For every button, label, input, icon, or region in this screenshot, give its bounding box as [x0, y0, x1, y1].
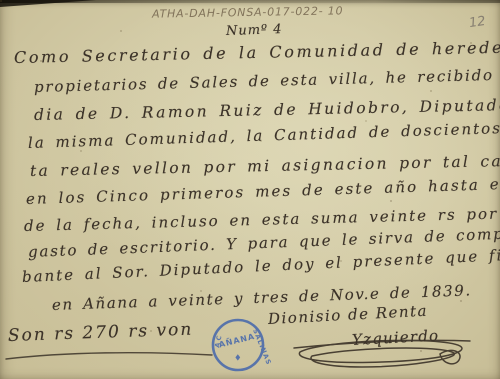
- body-line: propietarios de Sales de esta villa, he …: [34, 64, 500, 96]
- folio-number: 12: [468, 14, 486, 31]
- manuscript-page: ATHA-DAH-FONSA-017-022- 10 12 Numº 4 Com…: [0, 0, 500, 379]
- body-line: Como Secretario de la Comunidad de hered…: [14, 37, 500, 67]
- archive-reference: ATHA-DAH-FONSA-017-022- 10: [152, 4, 344, 20]
- body-line: dia de D. Ramon Ruiz de Huidobro, Diputa…: [34, 95, 500, 124]
- document-number: Numº 4: [226, 22, 283, 39]
- stamp-ring-right-text: SALINAS: [251, 328, 273, 367]
- body-line: en los Cinco primeros mes de este año ha…: [26, 174, 500, 208]
- sum-note-underline: [4, 348, 216, 362]
- archive-stamp-icon: AÑANA A C SALINAS: [209, 316, 267, 374]
- stamp-center-text: AÑANA: [218, 331, 256, 350]
- body-line: ta reales vellon por mi asignacion por t…: [30, 151, 500, 180]
- paper-foxing-specks: [0, 0, 2, 2]
- sum-note: Son rs 270 rs von: [8, 320, 194, 346]
- signature-flourish: [292, 332, 472, 376]
- paper-corner-shadow: [0, 0, 96, 7]
